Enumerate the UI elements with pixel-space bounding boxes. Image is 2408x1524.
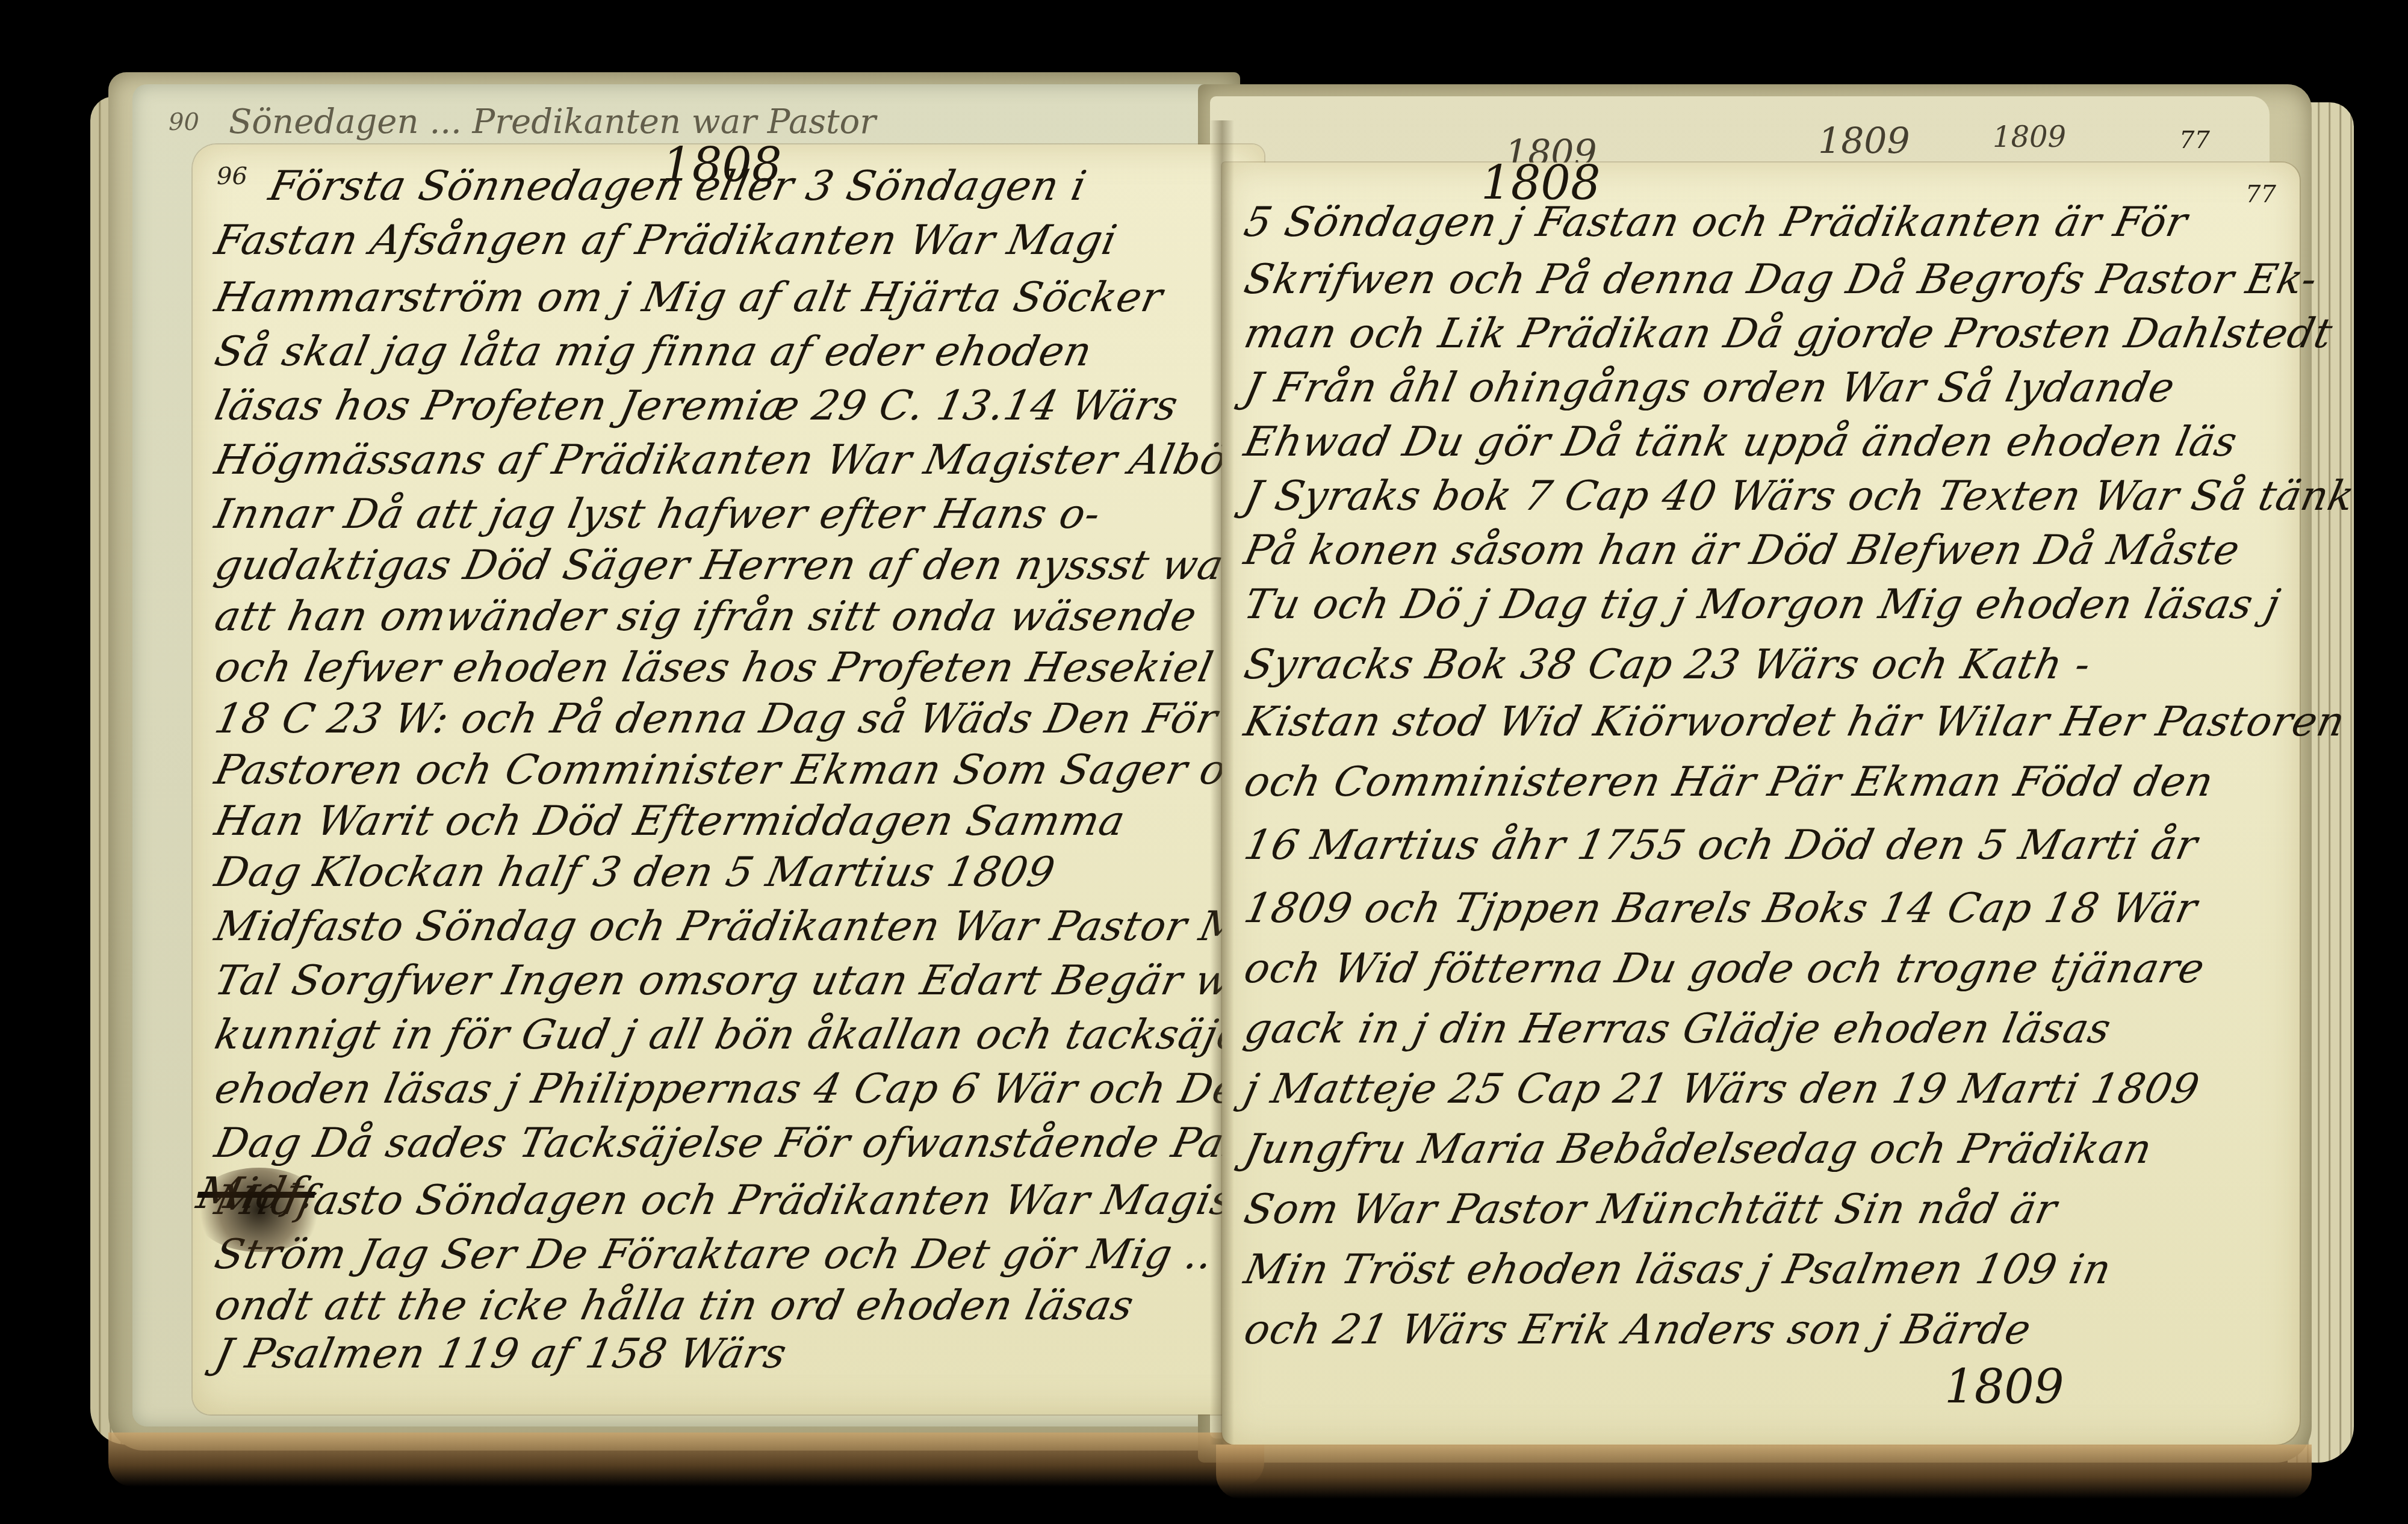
handwritten-line: Tal Sorgfwer Ingen omsorg utan Edart Beg…: [211, 957, 1306, 1005]
handwritten-line: ondt att the icke hålla tin ord ehoden l…: [211, 1282, 1138, 1330]
footer-year: 1809: [1944, 1360, 2064, 1414]
handwritten-line: man och Lik Prädikan Då gjorde Prosten D…: [1240, 310, 2337, 358]
handwritten-line: Så skal jag låta mig finna af eder ehode…: [211, 328, 1096, 376]
handwritten-line: J Från åhl ohingångs orden War Så lydand…: [1240, 364, 2179, 412]
handwritten-line: Innar Då att jag lyst hafwer efter Hans …: [211, 491, 1105, 538]
handwritten-line: Min Tröst ehoden läsas j Psalmen 109 in: [1240, 1246, 2116, 1293]
handwritten-line: att han omwänder sig ifrån sitt onda wäs…: [211, 593, 1201, 640]
handwritten-line: 5 Söndagen j Fastan och Prädikanten är F…: [1240, 199, 2192, 246]
handwritten-line: Högmässans af Prädikanten War Magister A…: [211, 436, 1278, 484]
underlying-page-number: 90: [169, 108, 199, 136]
underlying-page-number-right: 77: [2179, 126, 2210, 154]
handwritten-line: J Psalmen 119 af 158 Wärs: [211, 1330, 791, 1378]
ink-blot: [193, 1168, 325, 1252]
right-page: 77 1808 5 Söndagen j Fastan och Prädikan…: [1222, 163, 2300, 1445]
handwritten-line: J Syraks bok 7 Cap 40 Wärs och Texten Wa…: [1240, 472, 2359, 520]
handwritten-line: 1809 och Tjppen Barels Boks 14 Cap 18 Wä…: [1240, 885, 2202, 932]
handwritten-line: Hammarström om j Mig af alt Hjärta Söcke…: [211, 274, 1167, 321]
left-page: 96 1808 Förstа Sönnedagen eller 3 Söndag…: [193, 144, 1264, 1414]
handwritten-line: Pastoren och Comminister Ekman Som Sager…: [211, 746, 1281, 794]
book-gutter: [1210, 120, 1234, 1445]
left-torn-edge: [108, 1433, 1264, 1487]
handwritten-line: Som War Pastor Münchtätt Sin nåd är: [1240, 1186, 2061, 1233]
handwritten-line: Ehwad Du gör Då tänk uppå änden ehoden l…: [1240, 418, 2242, 466]
handwritten-line: Kistan stod Wid Kiörwordet här Wilar Her…: [1240, 698, 2350, 746]
handwritten-line: Dag Då sades Tacksäjelse För ofwanståend…: [211, 1120, 1313, 1167]
handwritten-line: j Matteje 25 Cap 21 Wärs den 19 Marti 18…: [1240, 1065, 2204, 1113]
underlying-year-3: 1809: [1993, 120, 2066, 154]
right-torn-edge: [1216, 1445, 2312, 1499]
handwritten-line: kunnigt in för Gud j all bön åkallan och…: [211, 1011, 1307, 1059]
handwritten-line: På konen såsom han är Död Blefwen Då Mås…: [1240, 527, 2244, 574]
handwritten-line: Tu och Dö j Dag tig j Morgon Mig ehoden …: [1240, 581, 2285, 628]
handwritten-line: Jungfru Maria Bebådelsedag och Prädikan: [1240, 1126, 2156, 1173]
handwritten-line: Förstа Sönnedagen eller 3 Söndagen i: [265, 163, 1091, 210]
handwritten-line: läsas hos Profeten Jeremiæ 29 C. 13.14 W…: [211, 382, 1182, 430]
handwritten-line: och Wid fötterna Du gode och trogne tjän…: [1240, 945, 2209, 993]
handwritten-line: Han Warit och Död Eftermiddagen Samma: [211, 798, 1129, 845]
left-page-number: 96: [217, 163, 247, 190]
handwritten-line: Skrifwen och På denna Dag Då Begrofs Pas…: [1240, 256, 2322, 303]
handwritten-line: 16 Martius åhr 1755 och Död den 5 Marti …: [1240, 822, 2202, 869]
handwritten-line: och 21 Wärs Erik Anders son j Bärde: [1240, 1306, 2035, 1354]
handwritten-line: gudaktigas Död Säger Herren af den nysss…: [211, 542, 1248, 589]
handwritten-line: ehoden läsas j Philippernas 4 Cap 6 Wär …: [211, 1065, 1284, 1113]
handwritten-line: och Comministeren Här Pär Ekman Född den: [1240, 758, 2218, 806]
underlying-page-line: Sönedagen ... Predikanten war Pastor: [229, 102, 876, 141]
handwritten-line: Fastan Afsången af Prädikanten War Magi: [211, 217, 1122, 264]
handwritten-line: Midfasto Söndag och Prädikanten War Past…: [211, 903, 1300, 950]
handwritten-line: Dag Klockan half 3 den 5 Martius 1809: [211, 849, 1060, 896]
handwritten-line: Syracks Bok 38 Cap 23 Wärs och Kath -: [1240, 641, 2095, 689]
handwritten-line: 18 C 23 W: och På denna Dag så Wäds Den …: [211, 695, 1359, 743]
photo-stage: 90 Sönedagen ... Predikanten war Pastor …: [0, 0, 2408, 1524]
handwritten-line: och lefwer ehoden läses hos Profeten Hes…: [211, 644, 1218, 692]
handwritten-line: gack in j din Herras Glädje ehoden läsas: [1240, 1005, 2115, 1053]
underlying-year-2: 1809: [1818, 120, 1910, 163]
right-page-number: 77: [2245, 181, 2276, 208]
handwritten-line: Ström Jag Ser De Föraktare och Det gör M…: [211, 1231, 1218, 1278]
